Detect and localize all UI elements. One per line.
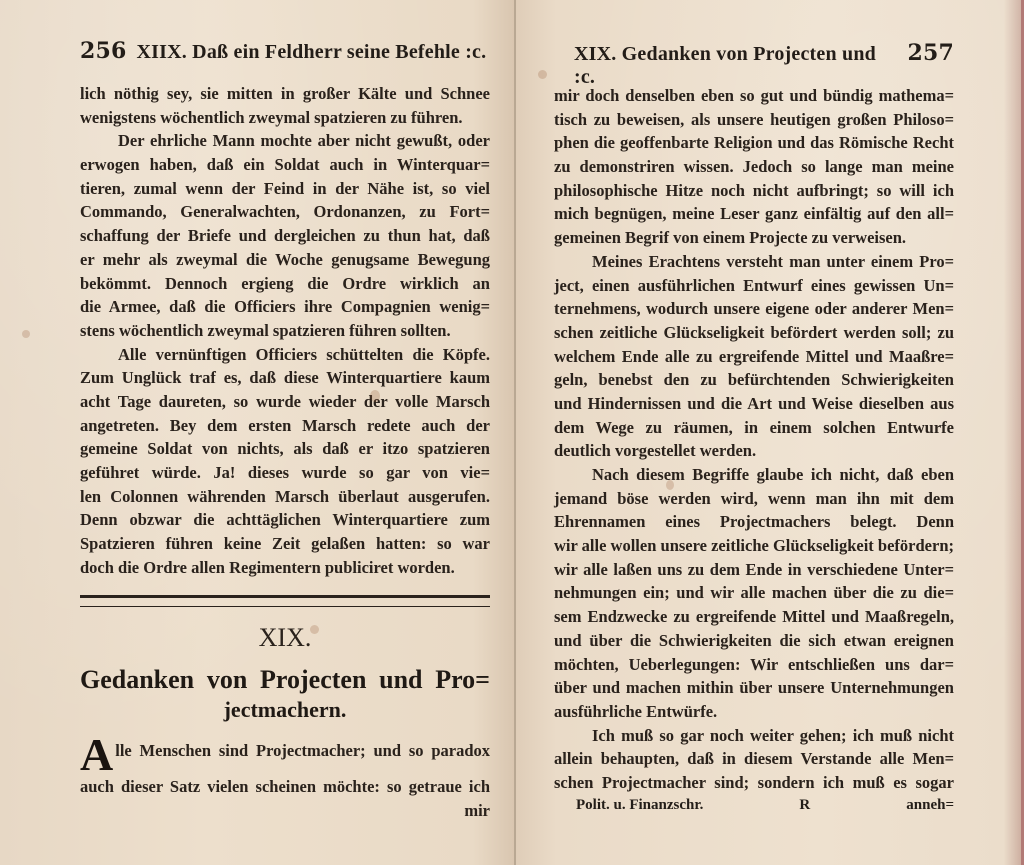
text-line: wenigstens wöchentlich zweymal spatziere…: [80, 106, 490, 130]
text-line: gemeinen Begrif von einem Projecte zu ve…: [554, 226, 954, 250]
text-line: allein behaupten, daß in diesem Verstand…: [554, 747, 954, 771]
text-line: welchem Ende alle zu ergreifende Mittel …: [554, 345, 954, 369]
text-line: geführet würde. Ja! dieses wurde so gar …: [80, 461, 490, 485]
book-spread: 256 XIIX. Daß ein Feldherr seine Befehle…: [0, 0, 1024, 865]
text-line: lich nöthig sey, sie mitten in großer Kä…: [80, 82, 490, 106]
page-number: 257: [907, 40, 954, 66]
text-line: wir alle laßen uns zu dem Ende in versch…: [554, 558, 954, 582]
text-line: Der ehrliche Mann mochte aber nicht gewu…: [80, 129, 490, 153]
text-line: Spatzieren führen keine Zeit gelaßen hat…: [80, 532, 490, 556]
text-line: acht Tage daureten, so wurde wieder der …: [80, 390, 490, 414]
paragraph: Meines Erachtens versteht man unter eine…: [554, 250, 954, 463]
text-line: schen zeitliche Glückseligkeit befördert…: [554, 321, 954, 345]
text-line: gemeine Soldat von nichts, als daß er it…: [80, 437, 490, 461]
text-line: phen die geoffenbarte Religion und das R…: [554, 131, 954, 155]
text-line: Zum Unglück traf es, daß diese Winterqua…: [80, 366, 490, 390]
paragraph: mir doch denselben eben so gut und bündi…: [554, 84, 954, 250]
chapter-title-line: Gedanken von Projecten und Pro=: [80, 665, 490, 695]
text-line: dem Wege zu räumen, in einem solchen Ent…: [554, 416, 954, 440]
text-line: erwogen haben, daß ein Soldat auch in Wi…: [80, 153, 490, 177]
catchword: anneh=: [906, 797, 954, 821]
text-line: geln, benebst den zu befürchtenden Schwi…: [554, 368, 954, 392]
text-line: über und machen mithin über unsere Unter…: [554, 676, 954, 700]
text-line: deutlich vorgestellet werden.: [554, 439, 954, 463]
catchword: mir: [80, 799, 490, 823]
text-line: Denn obzwar die achttäglichen Winterquar…: [80, 508, 490, 532]
text-line: wir alle wollen unsere zeitliche Glückse…: [554, 534, 954, 558]
chapter-divider-rule: [80, 595, 490, 607]
text-line: stens wöchentlich zweymal spatzieren füh…: [80, 319, 490, 343]
text-line: Meines Erachtens versteht man unter eine…: [554, 250, 954, 274]
text-line: und über die Schwierigkeiten die sich et…: [554, 629, 954, 653]
running-title: XIIX. Daß ein Feldherr seine Befehle :c.: [137, 41, 487, 64]
paragraph: Nach diesem Begriffe glaube ich nicht, d…: [554, 463, 954, 724]
page-footer: Polit. u. Finanzschr. R anneh=: [554, 797, 954, 821]
text-line: bekömmt. Dennoch ergieng die Ordre wirkl…: [80, 272, 490, 296]
text-line: ternehmens, wodurch unsere eigene oder a…: [554, 297, 954, 321]
text-line: philosophische Hitze noch nicht aufbring…: [554, 179, 954, 203]
text-line: ject, einen ausführlichen Entwurf eines …: [554, 274, 954, 298]
text-line: ausführliche Entwürfe.: [554, 700, 954, 724]
text-line: Commando, Generalwachten, Ordonanzen, zu…: [80, 200, 490, 224]
text-line: Ehrennamen eines Projectmachers belegt. …: [554, 510, 954, 534]
paper-stain: [22, 330, 30, 338]
text-line: schaffung der Briefe und dergleichen zu …: [80, 224, 490, 248]
text-line: nehmungen ein; und wir alle machen über …: [554, 581, 954, 605]
running-head: 256 XIIX. Daß ein Feldherr seine Befehle…: [80, 38, 490, 76]
signature-mark: R: [799, 797, 810, 821]
text-line: auch dieser Satz vielen scheinen möchte:…: [80, 775, 490, 799]
chapter-title-line: jectmachern.: [80, 695, 490, 725]
paragraph: Alle vernünftigen Officiers schüttelten …: [80, 343, 490, 580]
running-title: XIX. Gedanken von Projecten und :c.: [574, 43, 897, 89]
page-number: 256: [80, 38, 127, 64]
text-line: möchten, Ueberlegungen: Wir entschließen…: [554, 653, 954, 677]
text-line: len Colonnen währenden Marsch überlaut a…: [80, 485, 490, 509]
signature-title: Polit. u. Finanzschr.: [576, 797, 703, 821]
text-line: die Armee, daß die Officiers ihre Compag…: [80, 295, 490, 319]
text-line: angetreten. Bey dem ersten Marsch redete…: [80, 414, 490, 438]
text-line: tisch zu beweisen, als unsere heutigen g…: [554, 108, 954, 132]
paragraph: Ich muß so gar noch weiter gehen; ich mu…: [554, 724, 954, 795]
left-page: 256 XIIX. Daß ein Feldherr seine Befehle…: [0, 0, 514, 865]
text-line: zu demonstriren wissen. Jedoch so lange …: [554, 155, 954, 179]
text-line: mich begnügen, meine Leser ganz einfälti…: [554, 202, 954, 226]
running-head: XIX. Gedanken von Projecten und :c. 257: [554, 40, 954, 78]
text-line: mir doch denselben eben so gut und bündi…: [554, 84, 954, 108]
paragraph: lich nöthig sey, sie mitten in großer Kä…: [80, 82, 490, 129]
chapter-title: Gedanken von Projecten und Pro= jectmach…: [80, 665, 490, 725]
text-line: er mehr als zweymal die Woche genugsame …: [80, 248, 490, 272]
drop-cap: A: [80, 735, 113, 775]
text-line: Nach diesem Begriffe glaube ich nicht, d…: [554, 463, 954, 487]
text-line: tieren, zumal wenn der Feind in der Nähe…: [80, 177, 490, 201]
text-line: lle Menschen sind Projectmacher; und so …: [80, 739, 490, 763]
text-line: jemand böse werden wird, wenn man ihn mi…: [554, 487, 954, 511]
text-line: und Hindernissen und die Art und Weise d…: [554, 392, 954, 416]
text-line: Alle vernünftigen Officiers schüttelten …: [80, 343, 490, 367]
paragraph: Der ehrliche Mann mochte aber nicht gewu…: [80, 129, 490, 342]
paper-stain: [538, 70, 547, 79]
right-page: XIX. Gedanken von Projecten und :c. 257 …: [516, 0, 1024, 865]
opening-paragraph: A lle Menschen sind Projectmacher; und s…: [80, 739, 490, 822]
text-line: schen Projectmacher sind; sondern ich mu…: [554, 771, 954, 795]
text-line: doch die Ordre allen Regimentern publici…: [80, 556, 490, 580]
text-line: sem Endzwecke zu ergreifende Mittel und …: [554, 605, 954, 629]
text-line: Ich muß so gar noch weiter gehen; ich mu…: [554, 724, 954, 748]
chapter-number: XIX.: [80, 623, 490, 657]
